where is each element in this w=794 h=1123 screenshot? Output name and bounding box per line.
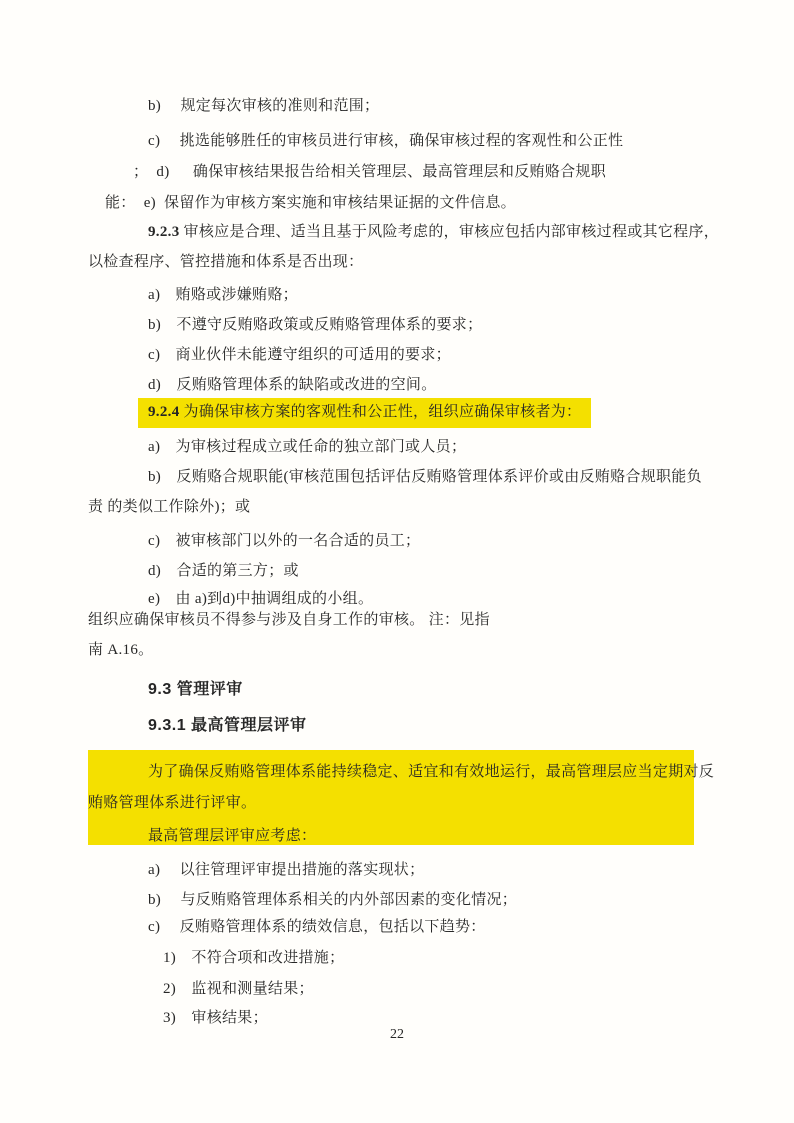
- document-page: b) 规定每次审核的准则和范围； c) 挑选能够胜任的审核员进行审核，确保审核过…: [0, 0, 794, 1123]
- auditor-note-line: 组织应确保审核员不得参与涉及自身工作的审核。 注：见指: [88, 610, 490, 631]
- list-item-a: a) 为审核过程成立或任命的独立部门或人员；: [148, 437, 466, 458]
- section-heading-9-3-1: 9.3.1 最高管理层评审: [148, 715, 307, 736]
- list-item-d: d) 合适的第三方；或: [148, 561, 299, 582]
- list-item-c: c) 商业伙伴未能遵守组织的可适用的要求；: [148, 345, 451, 366]
- list-item-c: c) 被审核部门以外的一名合适的员工；: [148, 531, 420, 552]
- list-item-c: c) 挑选能够胜任的审核员进行审核，确保审核过程的客观性和公正性: [148, 131, 623, 152]
- review-paragraph-line2: 贿赂管理体系进行评审。: [88, 793, 256, 814]
- list-item-b: b) 不遵守反贿赂政策或反贿赂管理体系的要求；: [148, 315, 482, 336]
- review-paragraph-line1: 为了确保反贿赂管理体系能持续稳定、适宜和有效地运行，最高管理层应当定期对反: [148, 762, 714, 783]
- list-item-d: d) 反贿赂管理体系的缺陷或改进的空间。: [148, 375, 437, 396]
- list-item-b: b) 与反贿赂管理体系相关的内外部因素的变化情况；: [148, 890, 517, 911]
- review-consider-line: 最高管理层评审应考虑：: [148, 826, 316, 847]
- list-item-d: ； d) 确保审核结果报告给相关管理层、最高管理层和反贿赂合规职: [133, 162, 606, 183]
- sub-item-3: 3) 审核结果；: [163, 1008, 268, 1029]
- list-item-b: b) 规定每次审核的准则和范围；: [148, 96, 379, 117]
- clause-9-2-3: 9.2.3 审核应是合理、适当且基于风险考虑的，审核应包括内部审核过程或其它程序…: [148, 222, 719, 243]
- sub-item-2: 2) 监视和测量结果；: [163, 979, 314, 1000]
- sub-item-1: 1) 不符合项和改进措施；: [163, 948, 344, 969]
- clause-9-2-4-highlighted: 9.2.4 为确保审核方案的客观性和公正性，组织应确保审核者为：: [138, 398, 591, 428]
- list-item-b: b) 反贿赂合规职能(审核范围包括评估反贿赂管理体系评价或由反贿赂合规职能负: [148, 467, 702, 488]
- list-item-c: c) 反贿赂管理体系的绩效信息，包括以下趋势：: [148, 917, 486, 938]
- list-item-e: e) 由 a)到d)中抽调组成的小组。: [148, 589, 373, 610]
- list-item-a: a) 以往管理评审提出措施的落实现状；: [148, 860, 424, 881]
- list-item-a: a) 贿赂或涉嫌贿赂；: [148, 285, 298, 306]
- page-number: 22: [0, 1027, 794, 1043]
- list-item-b-cont: 责 的类似工作除外)；或: [88, 497, 250, 518]
- clause-9-2-3-cont: 以检查程序、管控措施和体系是否出现：: [88, 252, 363, 273]
- list-item-e: 能： e) 保留作为审核方案实施和审核结果证据的文件信息。: [105, 193, 516, 214]
- guidance-ref-line: 南 A.16。: [88, 640, 153, 661]
- section-heading-9-3: 9.3 管理评审: [148, 679, 243, 700]
